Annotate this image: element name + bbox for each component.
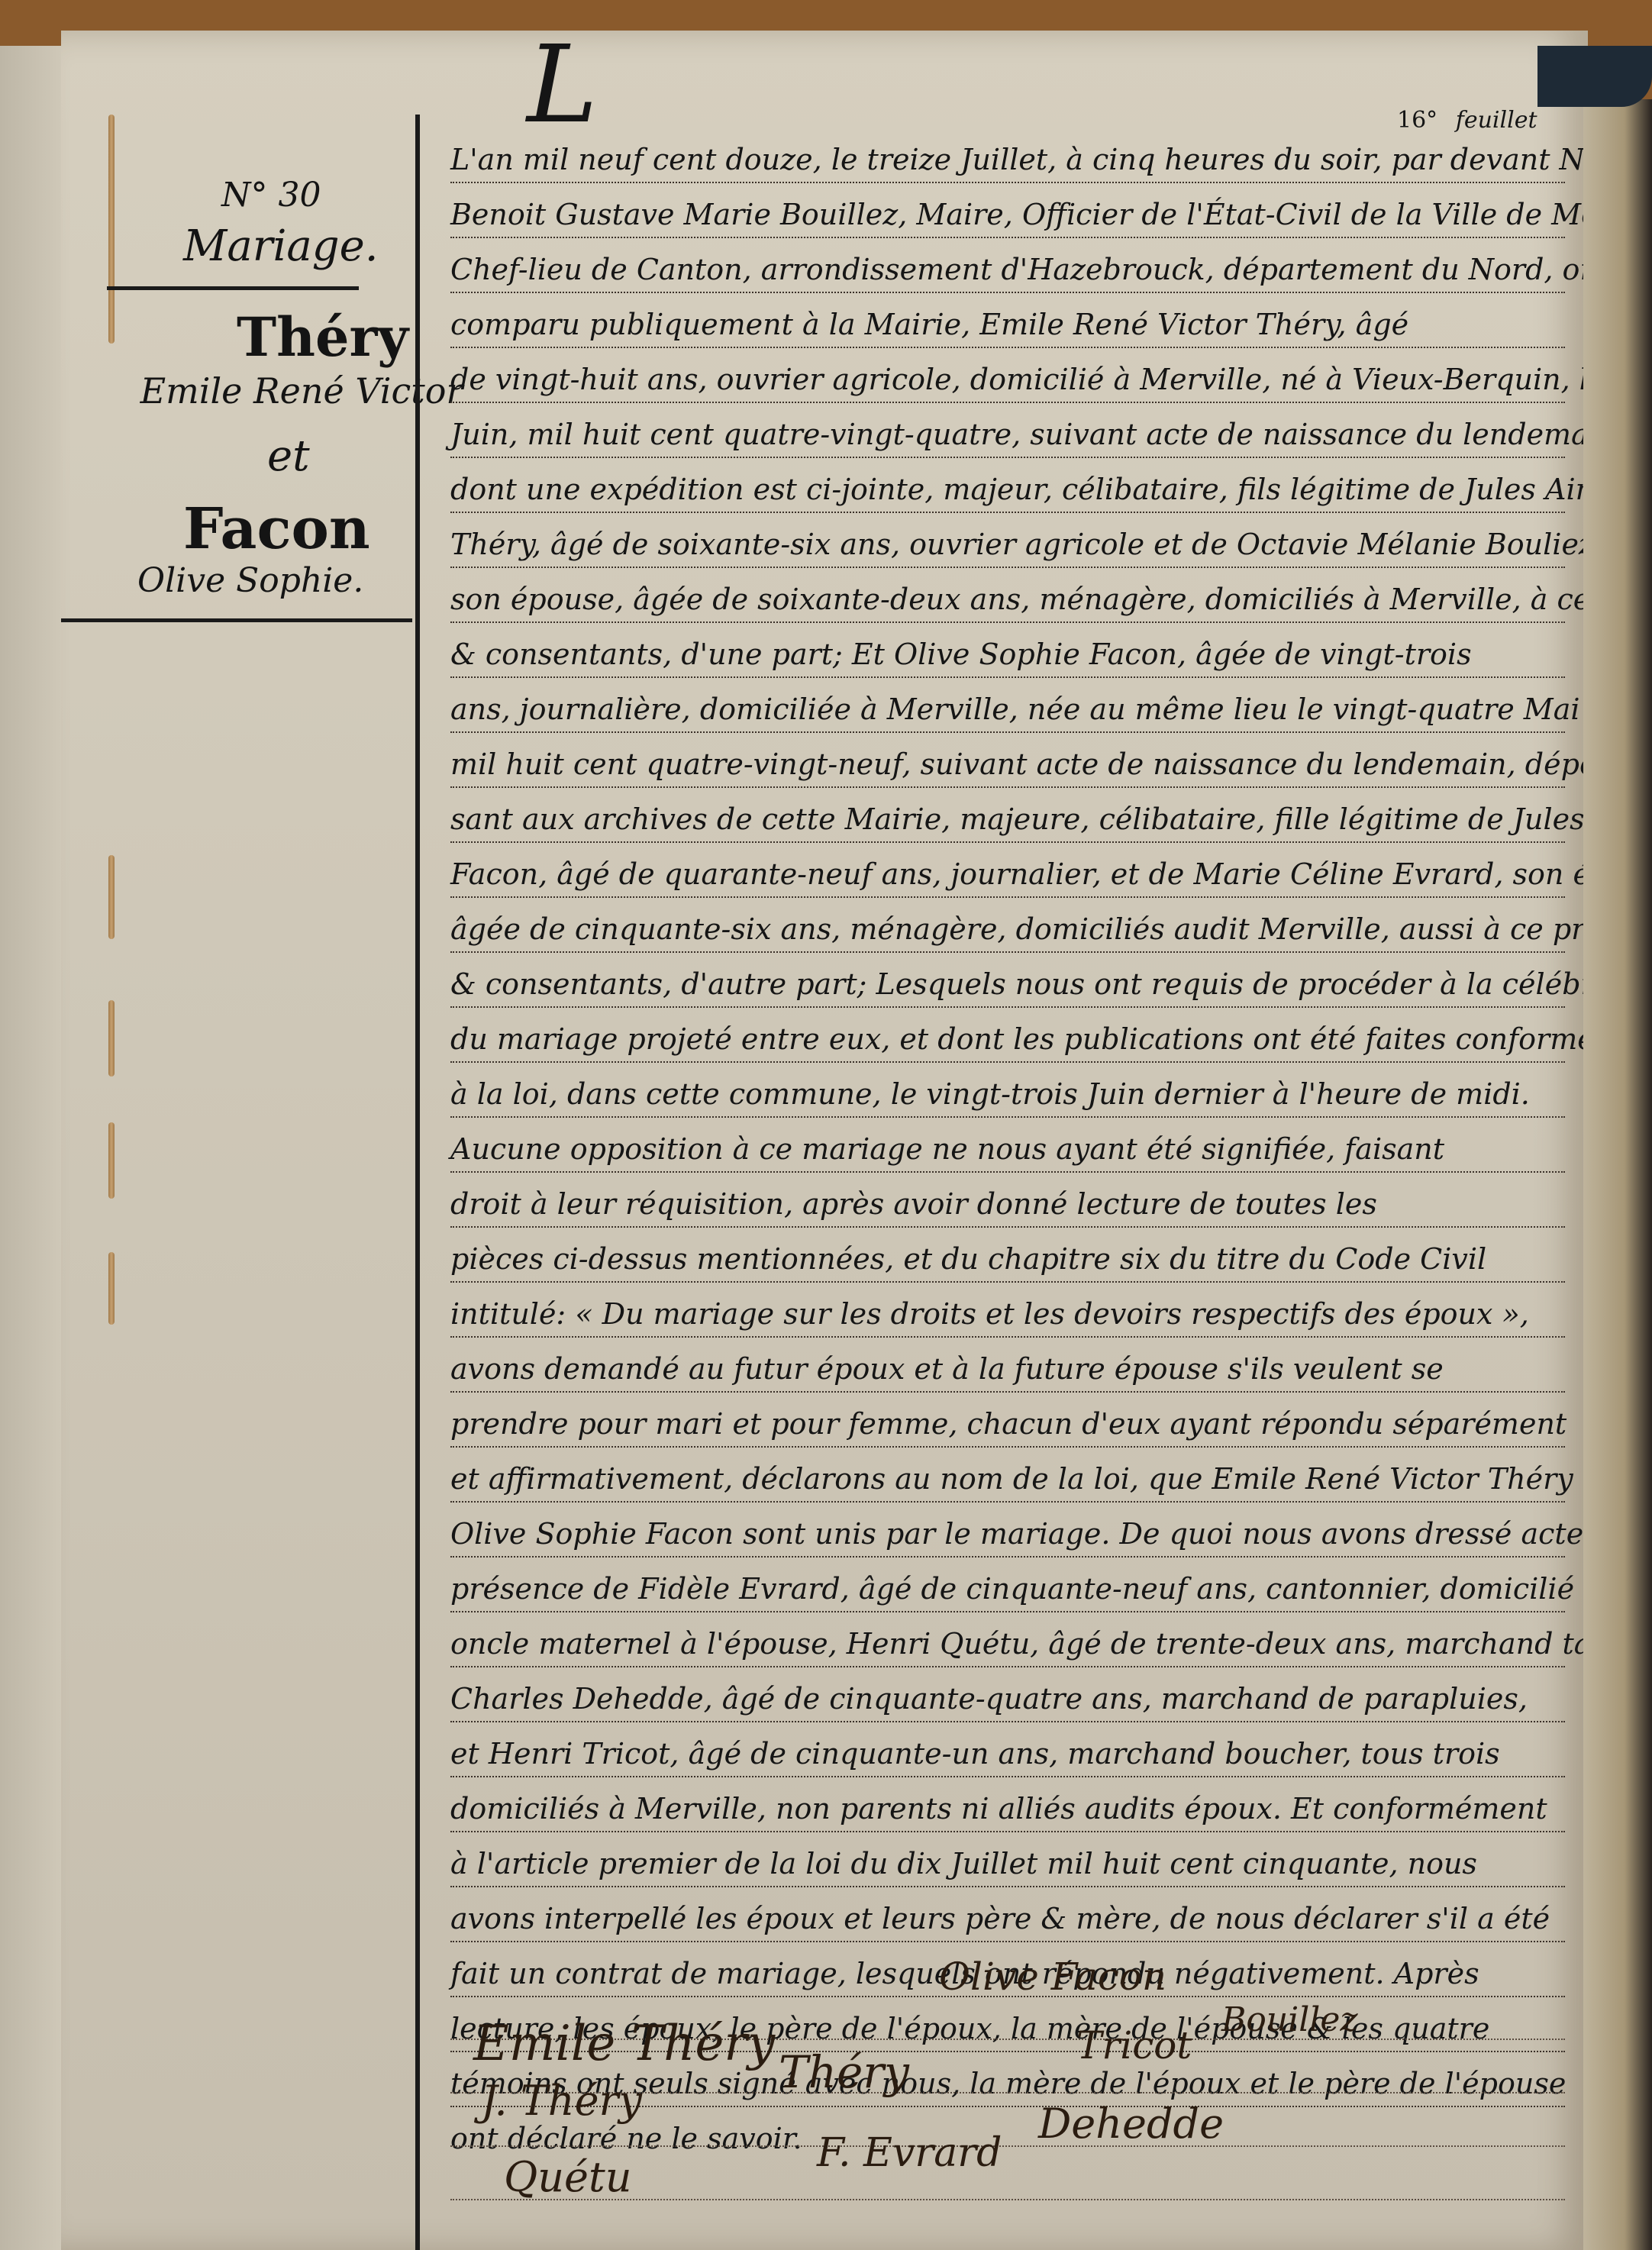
text-line: oncle maternel à l'épouse, Henri Quétu, …: [450, 1622, 1565, 1667]
text-line: domiciliés à Merville, non parents ni al…: [450, 1787, 1565, 1832]
text-line: Benoit Gustave Marie Bouillez, Maire, Of…: [450, 192, 1565, 238]
text-line: et affirmativement, déclarons au nom de …: [450, 1457, 1565, 1503]
text-line: dont une expédition est ci-jointe, majeu…: [450, 467, 1565, 513]
text-line: sant aux archives de cette Mairie, majeu…: [450, 797, 1565, 843]
bride-surname: Facon: [183, 496, 370, 562]
text-line: Théry, âgé de soixante-six ans, ouvrier …: [450, 522, 1565, 568]
margin-rule: [415, 115, 420, 2250]
text-line: & consentants, d'une part; Et Olive Soph…: [450, 632, 1565, 678]
signature-groom: Emile Théry: [473, 2016, 775, 2072]
entry-number: N° 30: [221, 176, 321, 215]
text-line: avons demandé au futur époux et à la fut…: [450, 1347, 1565, 1393]
register-page: N° 30 Mariage. Théry Emile René Victor e…: [61, 31, 1588, 2250]
entry-type: Mariage.: [183, 221, 379, 271]
text-line: âgée de cinquante-six ans, ménagère, dom…: [450, 907, 1565, 953]
signature-witness: Dehedde: [1038, 2100, 1224, 2148]
text-line: Facon, âgé de quarante-neuf ans, journal…: [450, 852, 1565, 898]
signature-witness: F. Evrard: [817, 2130, 1002, 2176]
text-line: à l'article premier de la loi du dix Jui…: [450, 1842, 1565, 1887]
conjunction: et: [267, 431, 310, 481]
margin-divider: [107, 286, 359, 290]
folio-number: 16° feuillet: [1397, 107, 1537, 134]
text-line: son épouse, âgée de soixante-deux ans, m…: [450, 577, 1565, 623]
text-line: présence de Fidèle Evrard, âgé de cinqua…: [450, 1567, 1565, 1612]
text-line: ans, journalière, domiciliée à Merville,…: [450, 687, 1565, 733]
text-line: mil huit cent quatre-vingt-neuf, suivant…: [450, 742, 1565, 788]
text-line: droit à leur réquisition, après avoir do…: [450, 1182, 1565, 1228]
text-line: et Henri Tricot, âgé de cinquante-un ans…: [450, 1732, 1565, 1777]
text-line: prendre pour mari et pour femme, chacun …: [450, 1402, 1565, 1448]
signature-father: J. Théry: [481, 2077, 642, 2125]
text-line: Charles Dehedde, âgé de cinquante-quatre…: [450, 1677, 1565, 1722]
signature-witness: Quétu: [504, 2153, 631, 2201]
text-line: pièces ci-dessus mentionnées, et du chap…: [450, 1237, 1565, 1283]
text-line: du mariage projeté entre eux, et dont le…: [450, 1017, 1565, 1063]
bride-given-names: Olive Sophie.: [137, 561, 443, 600]
book-cover-corner: [1537, 46, 1652, 107]
text-line: Olive Sophie Facon sont unis par le mari…: [450, 1512, 1565, 1558]
text-line: L'an mil neuf cent douze, le treize Juil…: [450, 137, 1565, 183]
text-line: Chef-lieu de Canton, arrondissement d'Ha…: [450, 247, 1565, 293]
binding-thread: [108, 1252, 115, 1325]
signature-witness: Tricot: [1076, 2023, 1192, 2068]
binding-thread: [108, 1122, 115, 1199]
text-line: avons interpellé les époux et leurs père…: [450, 1897, 1565, 1942]
signature-block: Emile Théry Olive Facon J. Théry Théry T…: [450, 1970, 1573, 2245]
signature-rule: [450, 2145, 1565, 2147]
signature-mayor: Bouillez: [1221, 2000, 1358, 2039]
text-line: comparu publiquement à la Mairie, Emile …: [450, 302, 1565, 348]
margin-divider: [61, 618, 412, 622]
groom-surname: Théry: [237, 305, 408, 369]
text-line: à la loi, dans cette commune, le vingt-t…: [450, 1072, 1565, 1118]
previous-page-edge: [0, 46, 61, 2250]
signature-bride: Olive Facon: [939, 1955, 1166, 1999]
text-line: Aucune opposition à ce mariage ne nous a…: [450, 1127, 1565, 1173]
binding-thread: [108, 115, 115, 344]
text-line: intitulé: « Du mariage sur les droits et…: [450, 1292, 1565, 1338]
binding-thread: [108, 1000, 115, 1077]
page-stack-edge: [1583, 99, 1652, 2250]
text-line: de vingt-huit ans, ouvrier agricole, dom…: [450, 357, 1565, 403]
text-line: Juin, mil huit cent quatre-vingt-quatre,…: [450, 412, 1565, 458]
signature-witness: Théry: [779, 2046, 909, 2098]
drop-initial: L: [527, 23, 598, 147]
text-line: & consentants, d'autre part; Lesquels no…: [450, 962, 1565, 1008]
binding-thread: [108, 855, 115, 939]
